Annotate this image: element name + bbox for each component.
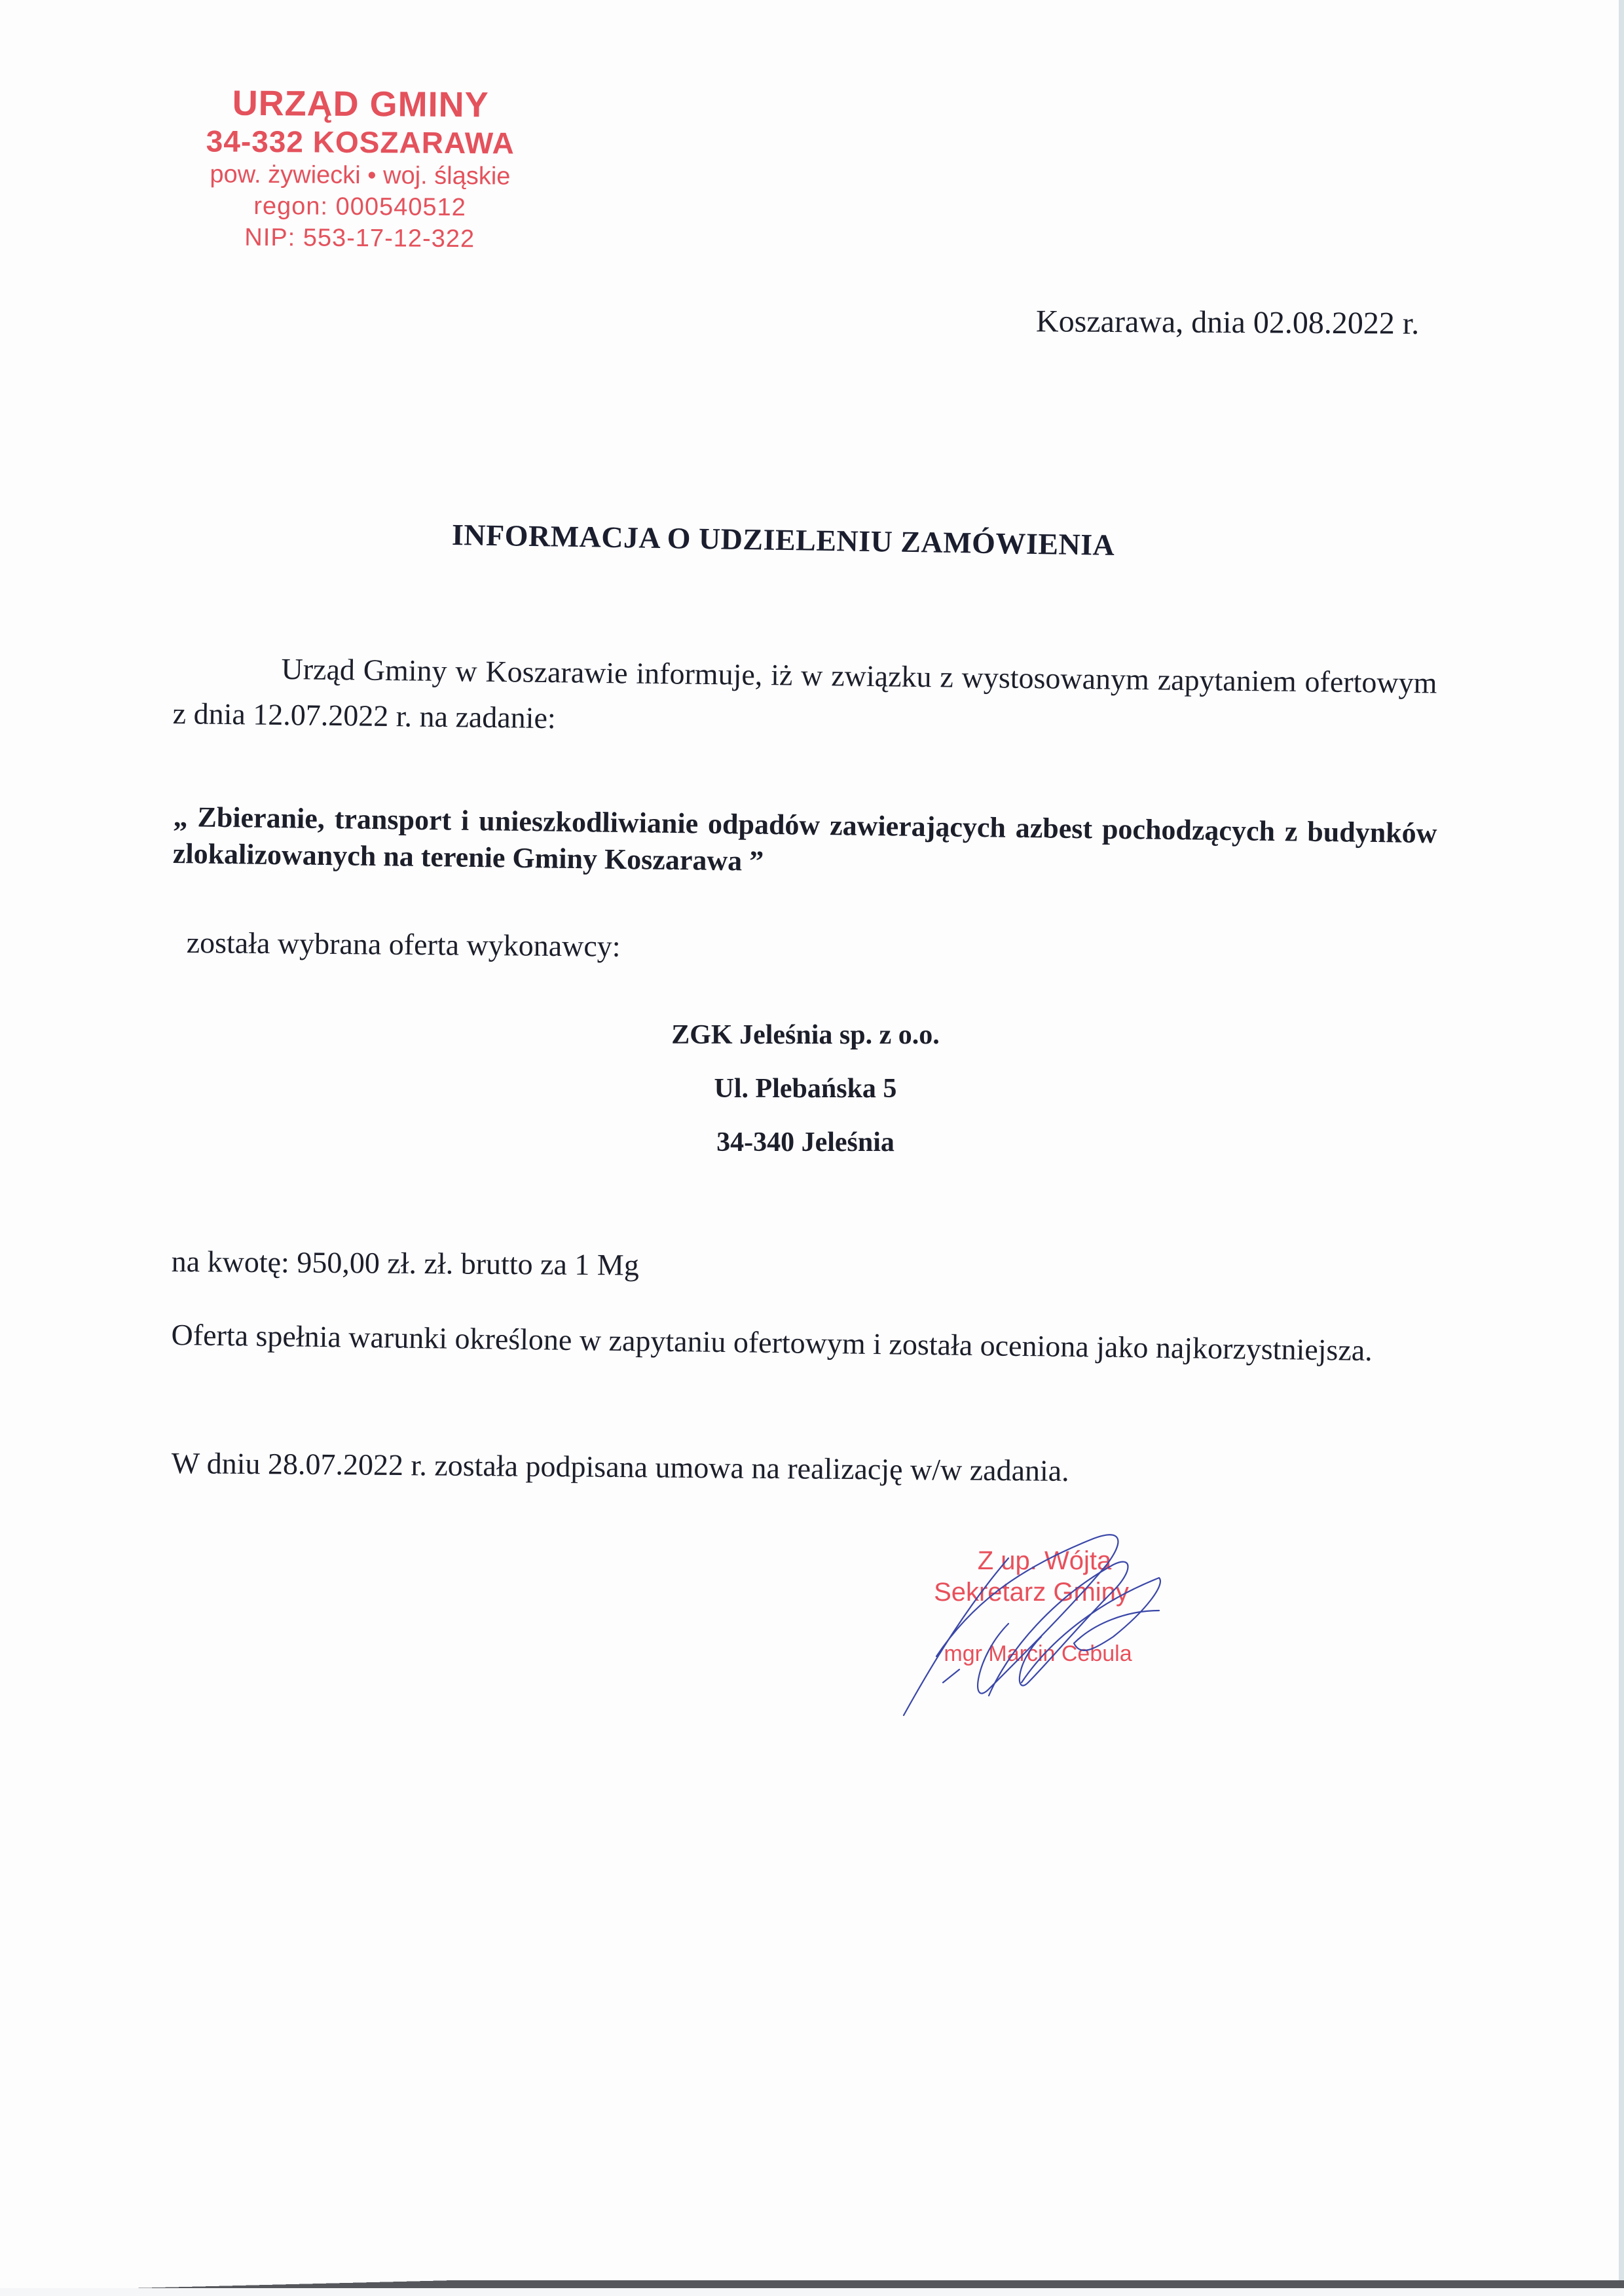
- task-description: „ Zbieranie, transport i unieszkodliwian…: [173, 799, 1437, 888]
- contractor-street: Ul. Plebańska 5: [655, 1062, 956, 1116]
- stamp-line-region: pow. żywiecki • woj. śląskie: [203, 158, 517, 192]
- stamp-line-nip: NIP: 553-17-12-322: [202, 221, 517, 255]
- stamp-line-regon: regon: 000540512: [202, 190, 517, 223]
- stamp-line-office: URZĄD GMINY: [203, 82, 517, 125]
- intro-paragraph: Urząd Gminy w Koszarawie informuje, iż w…: [172, 645, 1437, 752]
- scan-margin-bottom: [0, 2288, 1624, 2296]
- scanned-document-page: URZĄD GMINY 34-332 KOSZARAWA pow. żywiec…: [0, 0, 1624, 2296]
- office-stamp: URZĄD GMINY 34-332 KOSZARAWA pow. żywiec…: [202, 82, 518, 255]
- stamp-line-postcode: 34-332 KOSZARAWA: [203, 123, 517, 160]
- document-title: INFORMACJA O UDZIELENIU ZAMÓWIENIA: [452, 517, 1115, 562]
- contractor-block: ZGK Jeleśnia sp. z o.o. Ul. Plebańska 5 …: [655, 1008, 956, 1169]
- scan-edge-right: [1619, 0, 1624, 2285]
- evaluation-paragraph: Oferta spełnia warunki określone w zapyt…: [171, 1316, 1422, 1370]
- contractor-city: 34-340 Jeleśnia: [655, 1116, 956, 1169]
- handwritten-signature: [897, 1525, 1172, 1722]
- selected-offer-text: została wybrana oferta wykonawcy:: [186, 920, 620, 970]
- place-and-date: Koszarawa, dnia 02.08.2022 r.: [1036, 303, 1420, 342]
- contract-paragraph: W dniu 28.07.2022 r. została podpisana u…: [171, 1440, 1069, 1494]
- amount-text: na kwotę: 950,00 zł. zł. brutto za 1 Mg: [171, 1239, 639, 1288]
- contractor-name: ZGK Jeleśnia sp. z o.o.: [655, 1008, 956, 1062]
